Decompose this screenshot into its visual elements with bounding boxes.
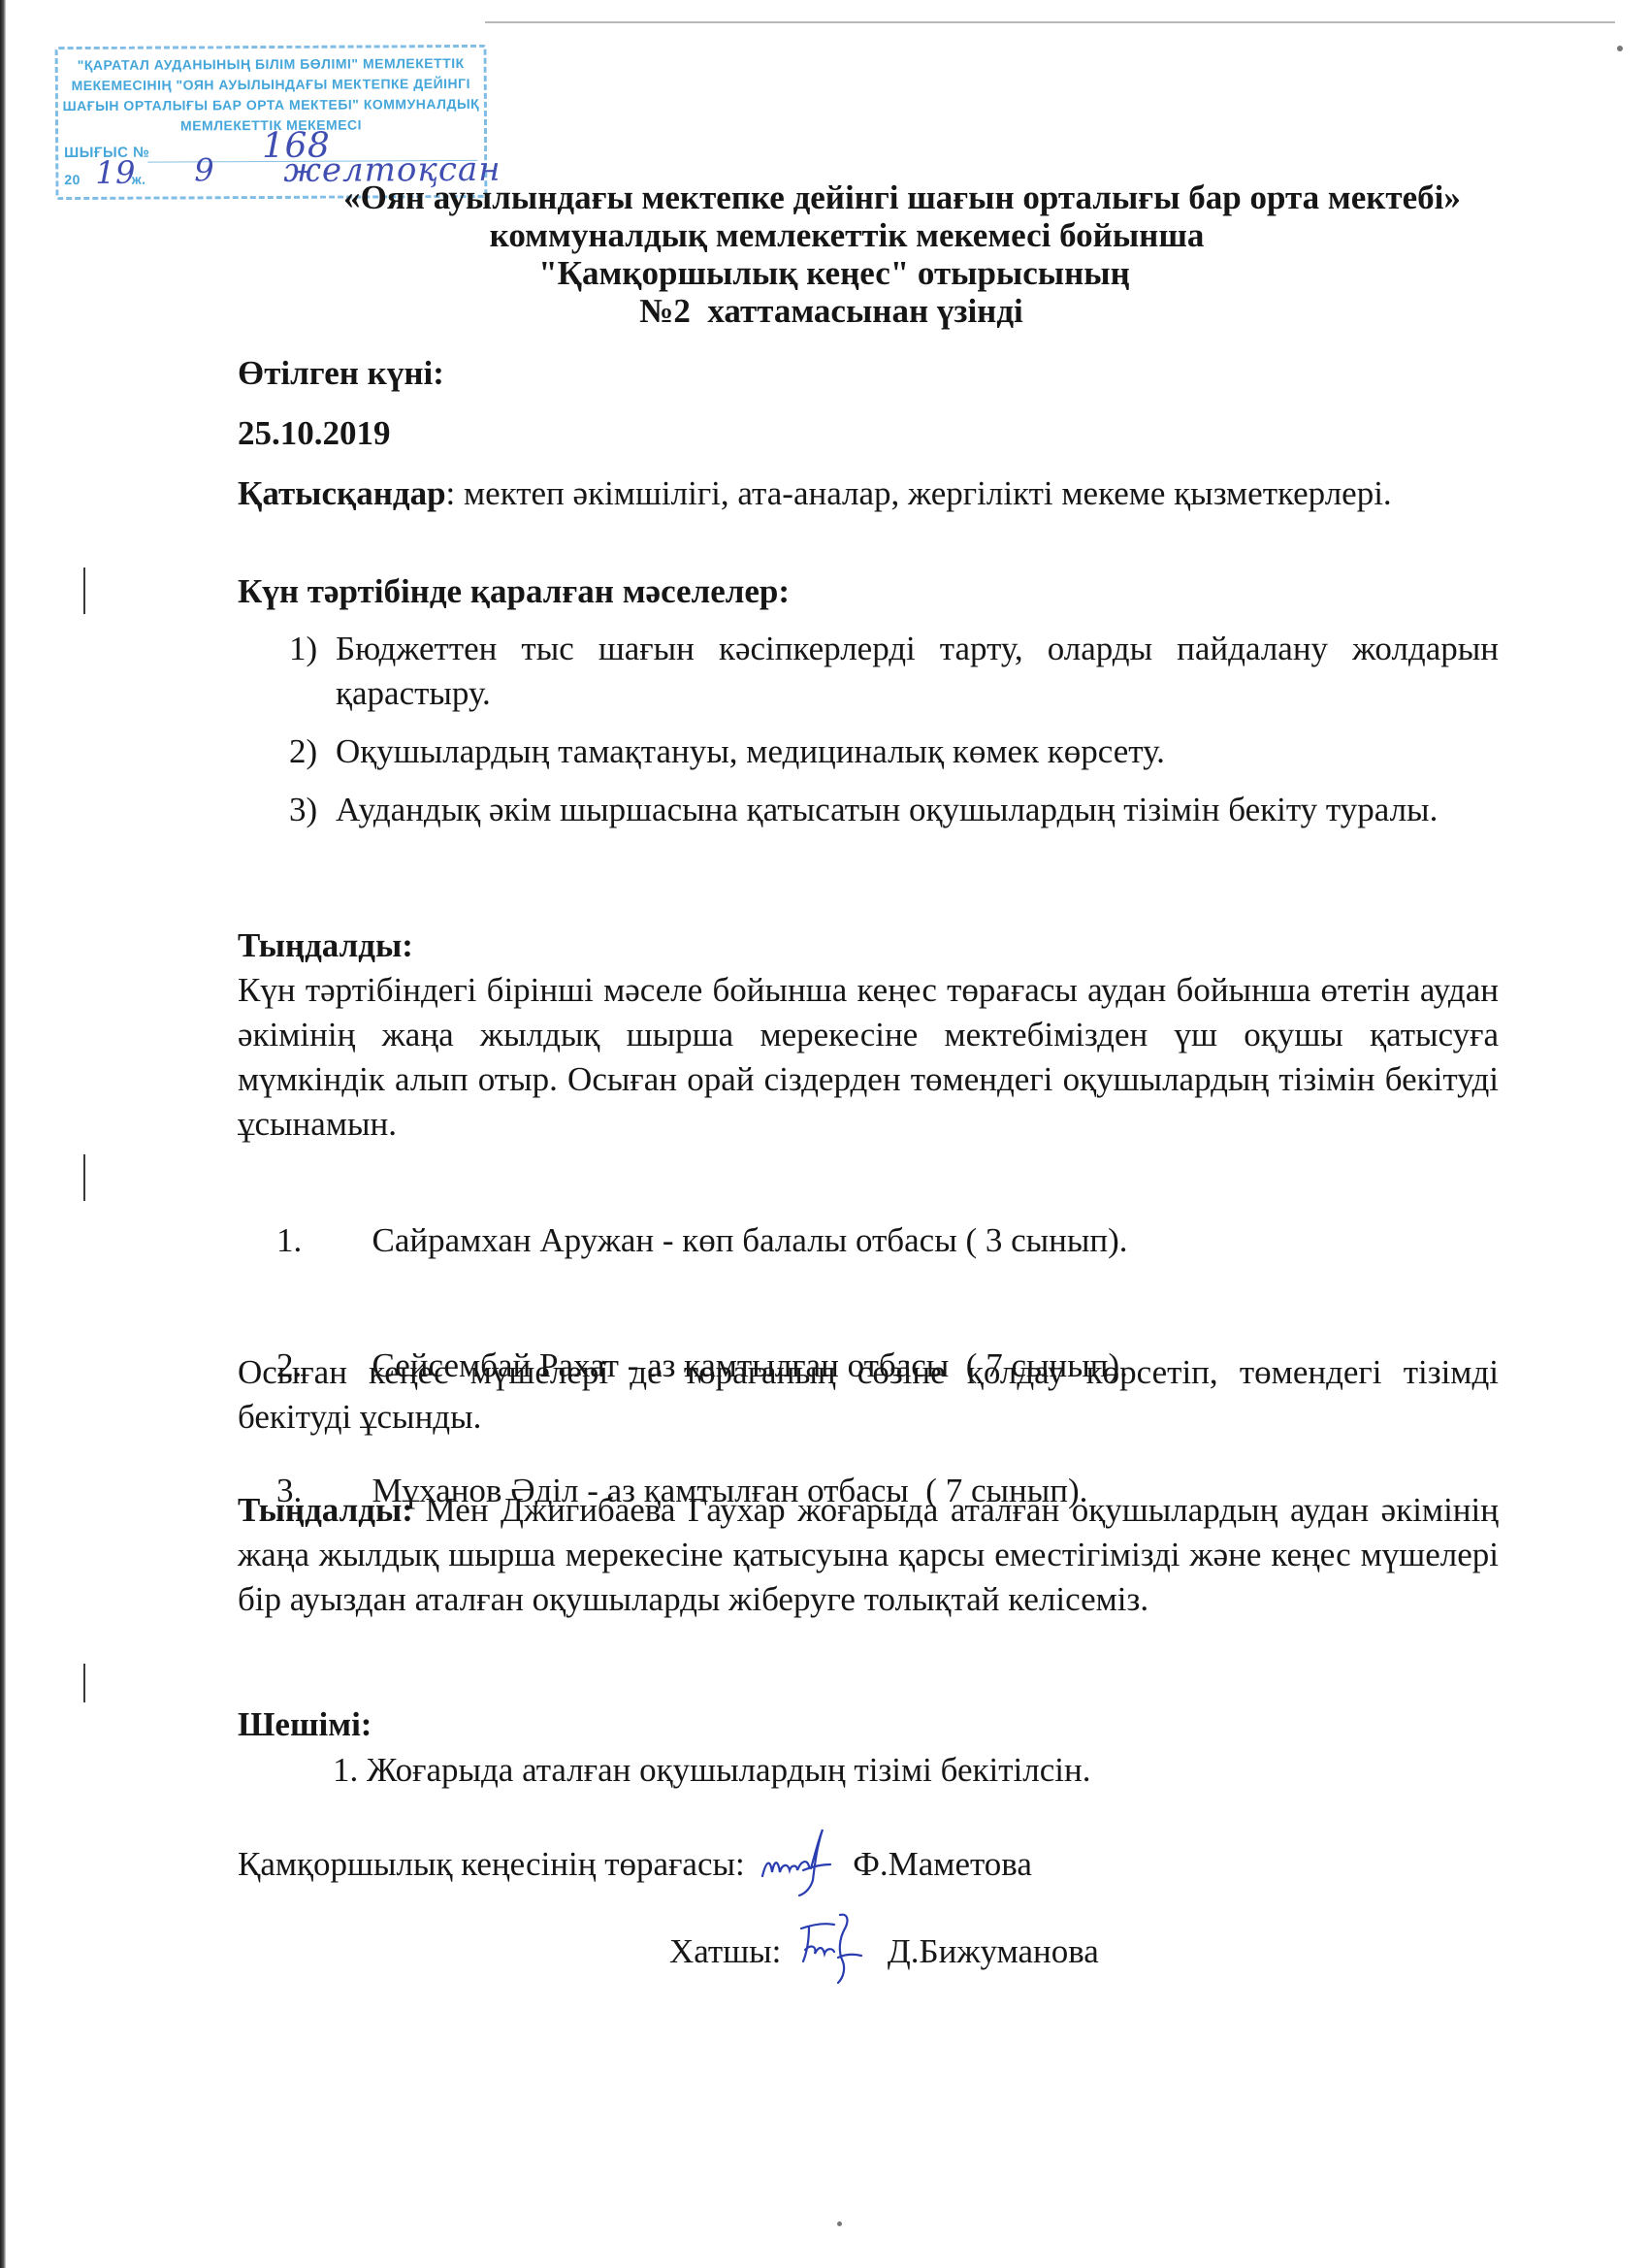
secretary-signature-icon — [795, 1911, 873, 1998]
agenda-title: Күн тәртібінде қаралған мәселелер: — [238, 569, 1499, 614]
stamp-text: ШАҒЫН ОРТАЛЫҒЫ БАР ОРТА МЕКТЕБІ" КОММУНА… — [58, 94, 484, 116]
registration-stamp: "ҚАРАТАЛ АУДАНЫНЫҢ БІЛІМ БӨЛІМІ" МЕМЛЕКЕ… — [55, 45, 488, 200]
margin-mark — [83, 567, 85, 614]
stamp-text: "ҚАРАТАЛ АУДАНЫНЫҢ БІЛІМ БӨЛІМІ" МЕМЛЕКЕ… — [58, 53, 484, 76]
support-paragraph: Осыған кеңес мүшелері де төраганың сөзін… — [238, 1350, 1499, 1440]
scan-edge-top — [485, 21, 1615, 23]
heard2-label: Тыңдалды: — [238, 1491, 413, 1529]
margin-mark — [83, 1664, 85, 1702]
scan-speck — [1617, 46, 1623, 51]
decision-item: 1. Жоғарыда аталған оқушылардың тізімі б… — [333, 1748, 1090, 1793]
title-institution: коммуналдық мемлекеттік мекемесі бойынша — [0, 216, 1649, 254]
chair-signature-icon — [759, 1826, 838, 1909]
chair-name: Ф.Маметова — [853, 1845, 1032, 1883]
agenda-item: 3) Аудандық әкім шыршасына қатысатын оқу… — [289, 788, 1499, 832]
pupil-text: Сайрамхан Аружан - көп балалы отбасы ( 3… — [372, 1221, 1128, 1259]
secretary-name: Д.Бижуманова — [888, 1932, 1099, 1970]
document-title: «Оян ауылындағы мектепке дейінгі шағын о… — [0, 178, 1649, 330]
title-school-name: «Оян ауылындағы мектепке дейінгі шағын о… — [0, 178, 1649, 216]
participants-label: Қатысқандар — [238, 474, 446, 512]
heard1-label: Тыңдалды: — [238, 923, 1499, 968]
meeting-date-label: Өтілген күні: — [238, 351, 1499, 396]
agenda-item-text: Оқушылардың тамақтануы, медициналық көме… — [336, 732, 1165, 770]
pupil-number: 1. — [276, 1219, 302, 1261]
scan-speck — [837, 2221, 842, 2226]
meeting-date-value: 25.10.2019 — [238, 411, 1499, 456]
agenda-item-number: 2) — [289, 729, 317, 774]
agenda-item: 2) Оқушылардың тамақтануы, медициналық к… — [289, 729, 1499, 774]
pupil-item: 1.Сайрамхан Аружан - көп балалы отбасы (… — [276, 1178, 1343, 1303]
agenda-item-text: Аудандық әкім шыршасына қатысатын оқушыл… — [336, 791, 1438, 828]
agenda-item: 1) Бюджеттен тыс шағын кәсіпкерлерді тар… — [289, 627, 1499, 716]
chair-signature-row: Қамқоршылық кеңесінің төрағасы: Ф.Мамето… — [238, 1826, 1032, 1909]
title-protocol: №2 хаттамасынан үзінді — [0, 292, 1649, 330]
agenda-item-text: Бюджеттен тыс шағын кәсіпкерлерді тарту,… — [336, 630, 1499, 712]
heard2-paragraph: Тыңдалды: Мен Джигибаева Гаухар жоғарыда… — [238, 1488, 1499, 1622]
stamp-text: МЕКЕМЕСІНІҢ "ОЯН АУЫЛЫНДАҒЫ МЕКТЕПКЕ ДЕЙ… — [58, 74, 484, 96]
scan-edge — [0, 0, 6, 2268]
heard2-text: Мен Джигибаева Гаухар жоғарыда аталған о… — [238, 1491, 1499, 1618]
secretary-label: Хатшы: — [669, 1932, 781, 1970]
heard1-text: Күн тәртібіндегі бірінші мәселе бойынша … — [238, 968, 1499, 1147]
participants-paragraph: Қатысқандар: мектеп әкімшілігі, ата-анал… — [238, 471, 1499, 516]
agenda-item-number: 3) — [289, 788, 317, 832]
secretary-signature-row: Хатшы: Д.Бижуманова — [669, 1911, 1099, 1998]
agenda-item-number: 1) — [289, 627, 317, 671]
participants-text: : мектеп әкімшілігі, ата-аналар, жергілі… — [446, 474, 1392, 512]
chair-label: Қамқоршылық кеңесінің төрағасы: — [238, 1845, 745, 1883]
margin-mark — [83, 1154, 85, 1201]
title-council: "Қамқоршылық кеңес" отырысының — [0, 254, 1649, 292]
decision-label: Шешімі: — [238, 1702, 1499, 1747]
agenda-list: 1) Бюджеттен тыс шағын кәсіпкерлерді тар… — [289, 627, 1499, 832]
